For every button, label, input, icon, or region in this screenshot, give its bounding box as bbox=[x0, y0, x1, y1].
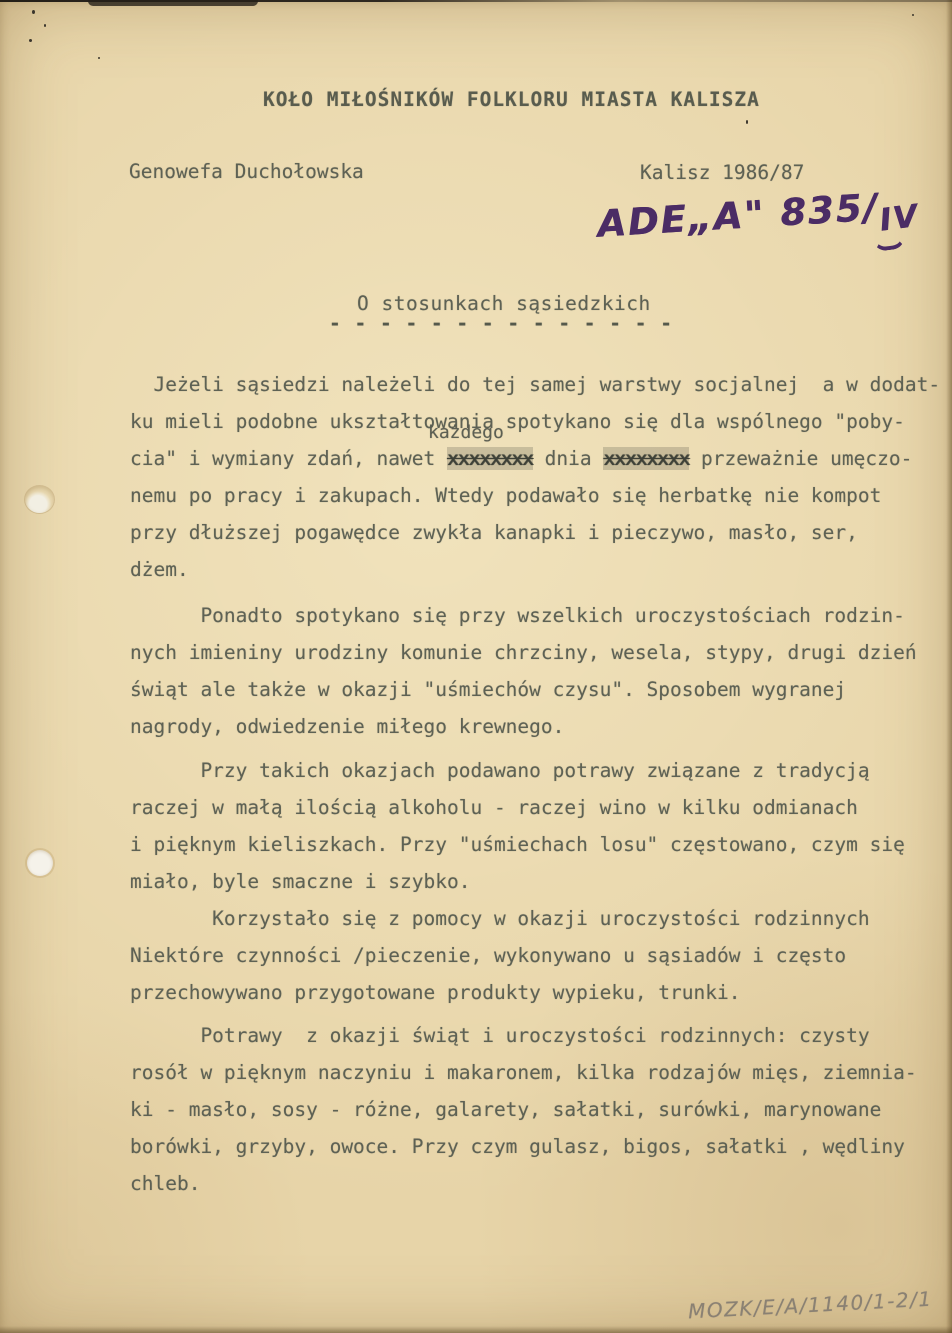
typed-line: ku mieli podobne ukształtowania spotykan… bbox=[130, 403, 944, 440]
typed-line: Jeżeli sąsiedzi należeli do tej samej wa… bbox=[130, 366, 944, 403]
ink-speck bbox=[912, 14, 914, 16]
line-segment: cia" i wymiany zdań, nawet bbox=[130, 447, 447, 470]
typed-line: nagrody, odwiedzenie miłego krewnego. bbox=[130, 708, 944, 745]
ink-speck bbox=[746, 120, 748, 124]
typed-line: Przy takich okazjach podawano potrawy zw… bbox=[130, 752, 944, 789]
typed-line: ki - masło, sosy - różne, galarety, sała… bbox=[130, 1091, 944, 1128]
place-and-date: Kalisz 1986/87 bbox=[640, 161, 804, 184]
typed-line: Niektóre czynności /pieczenie, wykonywan… bbox=[130, 937, 944, 974]
archive-number-main: ADE„A" 835/ bbox=[596, 186, 880, 246]
typed-line: świąt ale także w okazji "uśmiechów czys… bbox=[130, 671, 944, 708]
paragraph: Potrawy z okazji świąt i uroczystości ro… bbox=[130, 1017, 944, 1202]
typed-line: rosół w pięknym naczyniu i makaronem, ki… bbox=[130, 1054, 944, 1091]
struck-out-word: xxxxxxxx bbox=[603, 447, 689, 470]
typed-line: przechowywano przygotowane produkty wypi… bbox=[130, 974, 944, 1011]
paragraph: Jeżeli sąsiedzi należeli do tej samej wa… bbox=[130, 366, 944, 588]
typed-line: nemu po pracy i zakupach. Wtedy podawało… bbox=[130, 477, 944, 514]
line-segment: dnia bbox=[533, 447, 603, 470]
ink-speck bbox=[98, 57, 100, 59]
interlinear-insertion: każdego bbox=[428, 424, 504, 442]
punch-hole-bottom bbox=[27, 850, 53, 876]
scan-edge-bottom bbox=[0, 1326, 952, 1333]
title-underline: - - - - - - - - - - - - - - bbox=[329, 312, 673, 335]
typed-line: i pięknym kieliszkach. Przy "uśmiechach … bbox=[130, 826, 944, 863]
typed-line-with-correction: cia" i wymiany zdań, nawet xxxxxxxx dnia… bbox=[130, 440, 944, 477]
typed-line: dżem. bbox=[130, 551, 944, 588]
paragraph: Ponadto spotykano się przy wszelkich uro… bbox=[130, 597, 944, 745]
paragraph: Przy takich okazjach podawano potrawy zw… bbox=[130, 752, 944, 900]
document-body: Jeżeli sąsiedzi należeli do tej samej wa… bbox=[130, 366, 944, 1202]
typed-line: chleb. bbox=[130, 1165, 944, 1202]
typed-line: nych imieniny urodziny komunie chrzciny,… bbox=[130, 634, 944, 671]
typed-line: miało, byle smaczne i szybko. bbox=[130, 863, 944, 900]
typed-line: Potrawy z okazji świąt i uroczystości ro… bbox=[130, 1017, 944, 1054]
struck-out-word: xxxxxxxx bbox=[447, 447, 533, 470]
line-segment: przeważnie umęczo- bbox=[689, 447, 912, 470]
typed-line: Ponadto spotykano się przy wszelkich uro… bbox=[130, 597, 944, 634]
ink-speck bbox=[44, 24, 46, 27]
document-header-organization: KOŁO MIŁOŚNIKÓW FOLKLORU MIASTA KALISZA bbox=[263, 88, 760, 111]
paragraph: Korzystało się z pomocy w okazji uroczys… bbox=[130, 900, 944, 1011]
scanned-document-page: KOŁO MIŁOŚNIKÓW FOLKLORU MIASTA KALISZA … bbox=[0, 0, 952, 1333]
typed-line: raczej w małą ilością alkoholu - raczej … bbox=[130, 789, 944, 826]
ink-speck bbox=[29, 39, 32, 42]
scan-edge-right bbox=[946, 0, 952, 1333]
typed-line: borówki, grzyby, owoce. Przy czym gulasz… bbox=[130, 1128, 944, 1165]
underline-curve-mark bbox=[871, 227, 905, 252]
author-name: Genowefa Duchołowska bbox=[129, 160, 364, 183]
punch-hole-top bbox=[25, 486, 54, 513]
archive-number-handwritten: ADE„A" 835/IV bbox=[596, 183, 920, 246]
catalog-number-pencil: MOZK/E/A/1140/1-2/1 bbox=[688, 1287, 934, 1324]
typed-line: Korzystało się z pomocy w okazji uroczys… bbox=[130, 900, 944, 937]
ink-speck bbox=[32, 10, 35, 14]
typed-line: przy dłuższej pogawędce zwykła kanapki i… bbox=[130, 514, 944, 551]
scan-edge-artifact bbox=[88, 0, 258, 6]
